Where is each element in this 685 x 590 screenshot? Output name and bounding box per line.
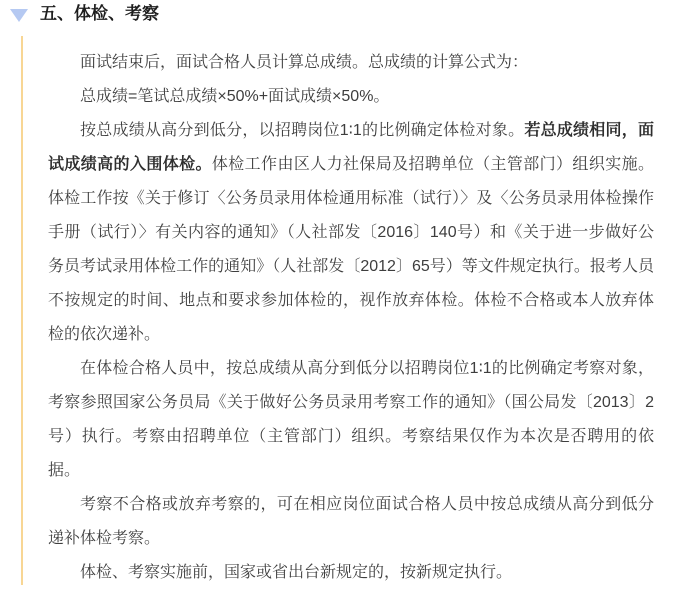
- text-segment: 面试结束后，面试合格人员计算总成绩。总成绩的计算公式为：: [80, 54, 528, 71]
- paragraph: 体检、考察实施前，国家或省出台新规定的，按新规定执行。: [48, 556, 654, 590]
- text-segment: 在体检合格人员中，按总成绩从高分到低分以招聘岗位1∶1的比例确定考察对象，考察参…: [48, 360, 654, 479]
- section-heading: 五、体检、考察: [40, 2, 159, 26]
- triangle-down-icon[interactable]: [10, 9, 28, 22]
- paragraph: 在体检合格人员中，按总成绩从高分到低分以招聘岗位1∶1的比例确定考察对象，考察参…: [48, 352, 654, 488]
- section-accent-line: [21, 36, 23, 585]
- text-segment: 总成绩=笔试总成绩×50%+面试成绩×50%。: [80, 88, 389, 105]
- text-segment: 考察不合格或放弃考察的，可在相应岗位面试合格人员中按总成绩从高分到低分递补体检考…: [48, 496, 654, 547]
- text-segment: 按总成绩从高分到低分，以招聘岗位1∶1的比例确定体检对象。: [80, 122, 524, 139]
- paragraph: 考察不合格或放弃考察的，可在相应岗位面试合格人员中按总成绩从高分到低分递补体检考…: [48, 488, 654, 556]
- text-segment: 体检工作由区人力社保局及招聘单位（主管部门）组织实施。体检工作按《关于修订〈公务…: [48, 156, 654, 343]
- paragraph: 按总成绩从高分到低分，以招聘岗位1∶1的比例确定体检对象。若总成绩相同，面试成绩…: [48, 114, 654, 352]
- paragraph: 面试结束后，面试合格人员计算总成绩。总成绩的计算公式为：: [48, 46, 654, 80]
- section-body: 面试结束后，面试合格人员计算总成绩。总成绩的计算公式为：总成绩=笔试总成绩×50…: [48, 46, 654, 590]
- section-heading-row: 五、体检、考察: [0, 0, 685, 30]
- paragraph: 总成绩=笔试总成绩×50%+面试成绩×50%。: [48, 80, 654, 114]
- text-segment: 体检、考察实施前，国家或省出台新规定的，按新规定执行。: [80, 564, 512, 581]
